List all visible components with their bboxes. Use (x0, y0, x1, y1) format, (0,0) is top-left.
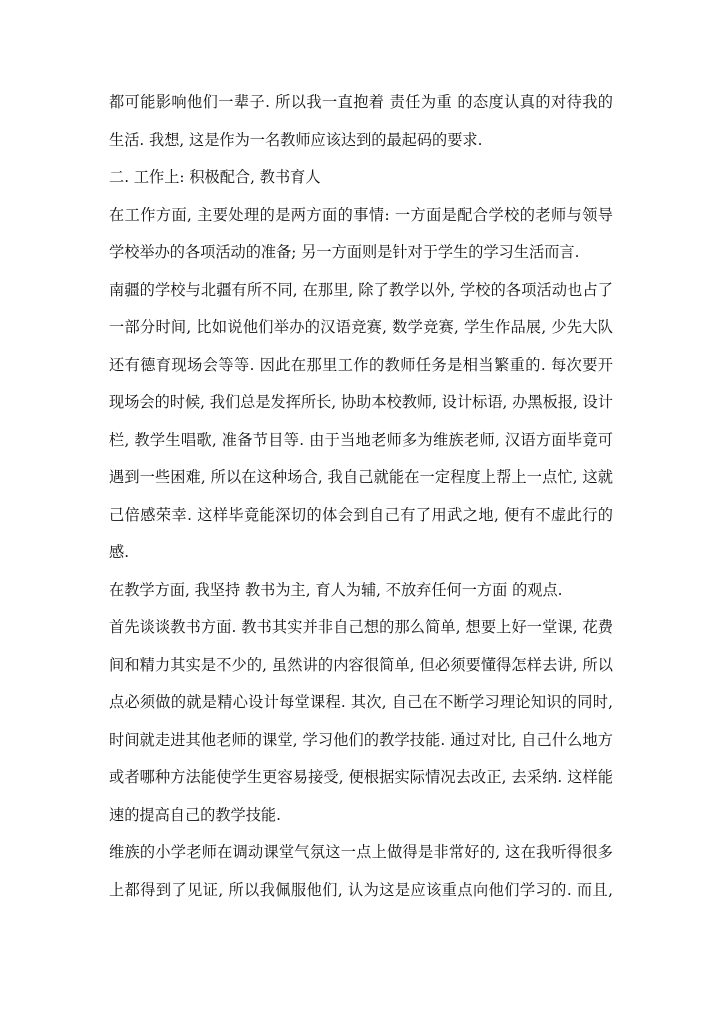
text-line: 在工作方面, 主要处理的是两方面的事情: 一方面是配合学校的老师与领导做好 (109, 197, 613, 235)
text-line: 还有德育现场会等等. 因此在那里工作的教师任务是相当繁重的. 每次要开德育 (109, 347, 613, 385)
text-line: 间和精力其实是不少的, 虽然讲的内容很简单, 但必须要懂得怎样去讲, 所以第一 (109, 647, 613, 685)
text-line: 维族的小学老师在调动课堂气氛这一点上做得是非常好的, 这在我听得很多堂课 (109, 834, 613, 872)
text-line: 时间就走进其他老师的课堂, 学习他们的教学技能. 通过对比, 自己什么地方不足, (109, 722, 613, 760)
text-line: 速的提高自己的教学技能. (109, 797, 613, 835)
text-line: 首先谈谈教书方面. 教书其实并非自己想的那么简单, 想要上好一堂课, 花费的时 (109, 609, 613, 647)
text-line: 或者哪种方法能使学生更容易接受, 便根据实际情况去改正, 去采纳. 这样能快 (109, 759, 613, 797)
text-line: 一部分时间, 比如说他们举办的汉语竞赛, 数学竞赛, 学生作品展, 少先大队活动 (109, 309, 613, 347)
document-page: 都可能影响他们一辈子. 所以我一直抱着 责任为重 的态度认真的对待我的支教 生活… (0, 0, 721, 1020)
text-line: 己倍感荣幸. 这样毕竟能深切的体会到自己有了用武之地, 便有不虚此行的满足 (109, 497, 613, 535)
text-line: 现场会的时候, 我们总是发挥所长, 协助本校教师, 设计标语, 办黑板报, 设计… (109, 384, 613, 422)
text-line: 上都得到了见证, 所以我佩服他们, 认为这是应该重点向他们学习的. 而且, 毕竟 (109, 872, 613, 910)
text-line: 遇到一些困难, 所以在这种场合, 我自己就能在一定程度上帮上一点忙, 这就让自 (109, 459, 613, 497)
document-body: 都可能影响他们一辈子. 所以我一直抱着 责任为重 的态度认真的对待我的支教 生活… (109, 84, 613, 909)
text-line: 学校举办的各项活动的准备; 另一方面则是针对于学生的学习生活而言. (109, 234, 613, 272)
section-heading: 二. 工作上: 积极配合, 教书育人 (109, 159, 613, 197)
text-line: 栏, 教学生唱歌, 准备节目等. 由于当地老师多为维族老师, 汉语方面毕竟可能会 (109, 422, 613, 460)
text-line: 南疆的学校与北疆有所不同, 在那里, 除了教学以外, 学校的各项活动也占了很大 (109, 272, 613, 310)
text-line: 在教学方面, 我坚持 教书为主, 育人为辅, 不放弃任何一方面 的观点. (109, 572, 613, 610)
text-line: 都可能影响他们一辈子. 所以我一直抱着 责任为重 的态度认真的对待我的支教 (109, 84, 613, 122)
text-line: 感. (109, 534, 613, 572)
text-line: 生活. 我想, 这是作为一名教师应该达到的最起码的要求. (109, 122, 613, 160)
text-line: 点必须做的就是精心设计每堂课程. 其次, 自己在不断学习理论知识的同时, 一有 (109, 684, 613, 722)
